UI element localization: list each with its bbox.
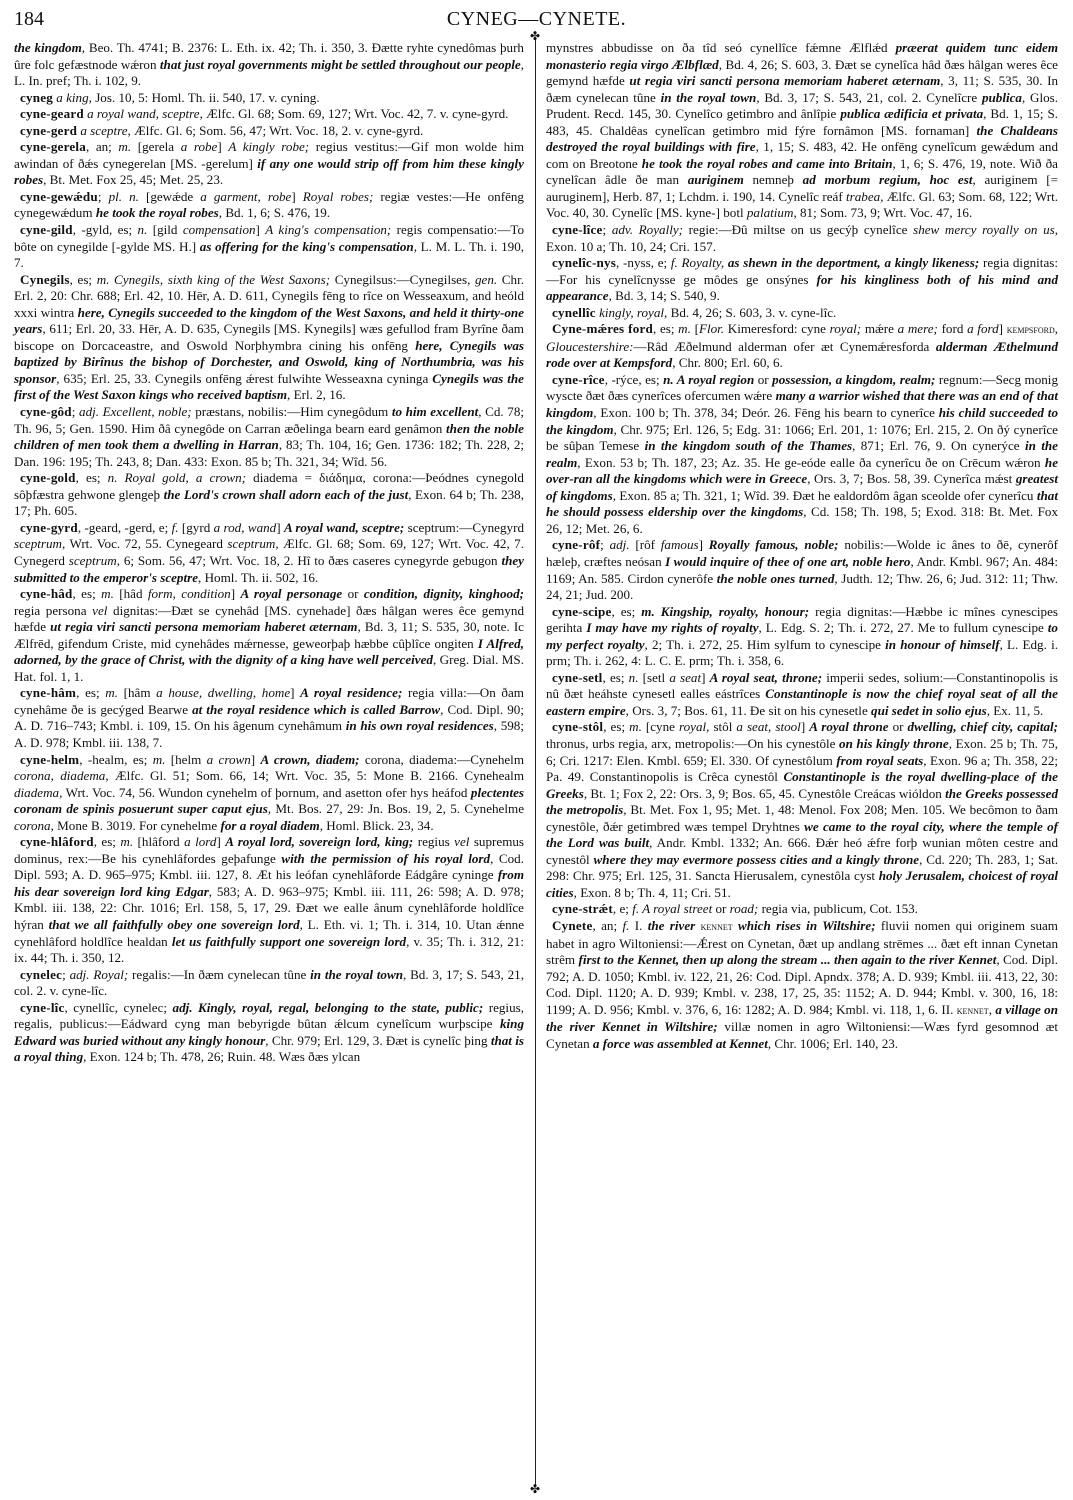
dictionary-entry: cyne-hâd, es; m. [hâd form, condition] A… [14,586,524,685]
entry-text: , Ex. 11, 5. [987,703,1044,718]
dictionary-entry: cyneg a king, Jos. 10, 5: Homl. Th. ii. … [14,90,524,107]
entry-text: , Mt. Bos. 27, 29: Jn. Bos. 19, 2, 5. Cy… [268,801,524,816]
entry-text: , Bt. 1; Fox 2, 22: Ors. 3, 9; Bos. 65, … [584,786,945,801]
entry-gloss: f. [172,520,179,535]
entry-gloss: kempsford [1007,324,1055,336]
entry-gloss: to him excellent [392,404,478,419]
dictionary-entry: cyne-gold, es; n. Royal gold, a crown; d… [14,470,524,520]
entry-gloss: corona [14,818,51,833]
dictionary-entry: Cynegils, es; m. Cynegils, sixth king of… [14,272,524,404]
entry-gloss: ut regia viri sancti persona memoriam ha… [629,73,940,88]
entry-text: ] [276,520,284,535]
entry-text: or [712,901,729,916]
entry-gloss: publica [982,90,1022,105]
entry-gloss: on his kingly throne [839,736,949,751]
entry-text: , es; [94,834,121,849]
entry-text: sceptrum:—Cynegyrd [404,520,524,535]
entry-text: [rôf [630,537,661,552]
dictionary-entry: cyne-setl, es; n. [setl a seat] A royal … [546,670,1058,720]
entry-text: , es; [73,586,102,601]
entry-text: , 81; Som. 73, 9; Wrt. Voc. 47, 16. [793,205,972,220]
entry-text: , L. Edg. S. 2; Th. i. 272, 27. Me to fu… [759,620,1048,635]
entry-gloss: famous [661,537,699,552]
entry-text: , [1055,321,1058,336]
dictionary-entry: cyne-scipe, es; m. Kingship, royalty, ho… [546,604,1058,670]
entry-gloss: A royal throne [809,719,888,734]
entry-text: , an; [592,918,622,933]
entry-text: ; [600,537,609,552]
entry-gloss: that just royal governments might be set… [160,57,521,72]
entry-gloss: Gloucestershire: [546,339,634,354]
entry-gloss: dwelling, chief city, capital; [908,719,1058,734]
entry-gloss: m. Cynegils, sixth king of the West Saxo… [97,272,330,287]
dictionary-entry: cyne-stôl, es; m. [cyne royal, stôl a se… [546,719,1058,901]
entry-gloss: a seat, stool [736,719,800,734]
entry-gloss: a crown [207,752,251,767]
entry-headword: cyne-hlâford [20,834,94,849]
entry-gloss: as shewn in the deportment, a kingly lik… [728,255,979,270]
entry-headword: cyne-gôd [20,404,72,419]
entry-headword: cyne-scipe [552,604,611,619]
entry-text: , -nyss, e; [616,255,671,270]
entry-gloss: A kingly robe; [228,139,309,154]
entry-headword: Cyne-mǽres ford [552,321,653,336]
entry-gloss: m. [120,834,133,849]
entry-text: , es; [76,685,105,700]
entry-gloss: first to the Kennet, then up along the s… [578,952,996,967]
entry-gloss: royal, [679,719,709,734]
entry-text: [gerela [131,139,181,154]
entry-text: Cynegilsus:—Cynegilses, [330,272,475,287]
entry-text: stôl [709,719,736,734]
entry-gloss: adj. Royal; [70,967,129,982]
dictionary-entry: cyne-gerd a sceptre, Ælfc. Gl. 6; Som. 5… [14,123,524,140]
entry-text: , 6; Som. 56, 47; Wrt. Voc. 18, 2. Hî to… [117,553,502,568]
column-divider [535,40,536,1485]
entry-gloss: kennet [957,1005,989,1017]
entry-gloss: a king [56,90,88,105]
entry-text: , Jos. 10, 5: Homl. Th. ii. 540, 17. v. … [89,90,320,105]
entry-text: , Ælfc. Gl. 68; Som. 69, 127; Wrt. Voc. … [200,106,509,121]
entry-text: ; [603,222,612,237]
entry-gloss: a sceptre [80,123,127,138]
entry-text: ] [290,685,300,700]
entry-text: , Ælfc. Gl. 6; Som. 56, 47; Wrt. Voc. 18… [128,123,424,138]
entry-gloss: he took the royal robes [96,205,219,220]
entry-gloss: m. [153,752,166,767]
entry-gloss: m. [118,139,131,154]
entry-gloss: sceptrum [227,536,275,551]
entry-text: , Bt. Met. Fox 25, 45; Met. 25, 23. [43,172,223,187]
entry-text: regius [413,834,454,849]
entry-gloss: n. [629,670,639,685]
entry-text: ] [801,719,809,734]
entry-text: mynstres abbudisse on ða tîd seó cynellî… [546,40,896,55]
entry-gloss: corona, diadema [14,768,105,783]
entry-gloss: I would inquire of thee of one art, nobl… [665,554,910,569]
entry-gloss: f. Royalty, [671,255,724,270]
entry-gloss: pl. n. [109,189,139,204]
entry-gloss: that we all faithfully obey one sovereig… [49,917,300,932]
entry-headword: cynelîc-nys [552,255,616,270]
entry-gloss: a force was assembled at Kennet [593,1036,768,1051]
entry-headword: cyne-gewǽdu [20,189,98,204]
entry-text: , Exon. 53 b; Th. 187, 23; Az. 35. He ge… [577,455,1045,470]
dictionary-entry: mynstres abbudisse on ða tîd seó cynellî… [546,40,1058,222]
entry-gloss: where they may evermore possess cities a… [594,852,920,867]
entry-gloss: m. Kingship, royalty, honour; [641,604,809,619]
entry-gloss: n. A royal region [663,372,754,387]
entry-headword: cynellîc [552,305,596,320]
entry-gloss: f. A royal street [632,901,712,916]
entry-gloss: a seat [669,670,701,685]
entry-gloss: the river [648,918,696,933]
dictionary-entry: cyne-geard a royal wand, sceptre, Ælfc. … [14,106,524,123]
entry-text: , Mone B. 3019. For cynehelme [51,818,221,833]
entry-gloss: publica ædificia et privata [840,106,983,121]
entry-text: , Homl. Blick. 23, 34. [320,818,434,833]
entry-text: , Exon. 8 b; Th. 4, 11; Cri. 51. [574,885,731,900]
entry-gloss: he took the royal robes and came into Br… [642,156,893,171]
entry-text: —Râd Æðelmund alderman ofer æt Cynemǽres… [634,339,936,354]
entry-text: regia via, publicum, Cot. 153. [758,901,918,916]
entry-gloss: from royal seats [836,753,923,768]
dictionary-entry: cyne-gewǽdu; pl. n. [gewǽde a garment, r… [14,189,524,222]
entry-text: , -healm, es; [79,752,152,767]
entry-gloss: a ford [967,321,999,336]
entry-headword: cyne-stôl [552,719,603,734]
entry-text: , Bd. 3, 14; S. 540, 9. [609,288,720,303]
entry-text: , Ælfc. Gl. 51; Som. 66, 14; Wrt. Voc. 3… [105,768,524,783]
entry-text: , an; [86,139,118,154]
entry-gloss: A royal seat, throne; [710,670,822,685]
entry-text: ] [701,670,710,685]
running-head: CYNEG—CYNETE. [14,8,1059,31]
entry-gloss: with the permission of his royal lord [281,851,490,866]
entry-gloss: m. [678,321,691,336]
entry-headword: cyne-helm [20,752,79,767]
entry-text: [setl [638,670,669,685]
entry-headword: Cynete [552,918,592,933]
entry-gloss: possession, a kingdom, realm; [772,372,935,387]
dictionary-entry: cyne-gild, -gyld, es; n. [gild compensat… [14,222,524,272]
entry-text: ] [216,834,225,849]
entry-gloss: m. [105,685,118,700]
entry-headword: cyne-gold [20,470,76,485]
entry-text: , Bd. 3, 17; S. 543, 21, col. 2. Cynelîc… [756,90,982,105]
entry-gloss: Royal robes; [303,189,374,204]
dictionary-entry: cyne-rîce, -rýce, es; n. A royal region … [546,372,1058,537]
entry-text: ] [291,189,302,204]
entry-gloss: adj. [610,537,630,552]
entry-gloss: in his own royal residences [346,718,494,733]
entry-headword: cyne-gerd [20,123,77,138]
dictionary-entry: cyne-gyrd, -geard, -gerd, e; f. [gyrd a … [14,520,524,586]
entry-text: regalis:—In ðæm cynelecan tûne [128,967,310,982]
entry-text: , Wrt. Voc. 72, 55. Cynegeard [62,536,227,551]
dictionary-entry: cynelec; adj. Royal; regalis:—In ðæm cyn… [14,967,524,1000]
entry-gloss: vel [92,603,107,618]
entry-headword: cyne-hâd [20,586,73,601]
dictionary-entry: Cynete, an; f. I. the river kennet which… [546,918,1058,1052]
entry-text: , es; [76,470,108,485]
entry-text: ] [217,139,228,154]
entry-text: ford [938,321,967,336]
entry-gloss: m. [101,586,114,601]
entry-text: , Chr. 979; Erl. 129, 3. Ðæt is cynelîc … [265,1033,491,1048]
entry-text: , Ors. 3, 7; Bos. 58, 39. Cynerîca mǽst [807,471,1016,486]
dictionary-entry: cynellîc kingly, royal, Bd. 4, 26; S. 60… [546,305,1058,322]
entry-gloss: a house, dwelling, home [156,685,290,700]
entry-text: , Bd. 1, 6; S. 476, 19. [219,205,330,220]
entry-gloss: qui sedet in solio ejus [871,703,987,718]
entry-gloss: A crown, diadem; [260,752,359,767]
entry-gloss: A royal personage [240,586,342,601]
entry-text: , Exon. 100 b; Th. 378, 34; Deór. 26. Fē… [593,405,938,420]
entry-gloss: A royal lord, sovereign lord, king; [225,834,413,849]
entry-gloss: for a royal diadem [220,818,319,833]
entry-gloss: kingly, royal [599,305,664,320]
entry-text: præstans, nobilis:—Him cynegôdum [192,404,392,419]
entry-text: [ [691,321,699,336]
entry-gloss: n. [138,222,148,237]
entry-headword: cyne-lîce [552,222,603,237]
entry-gloss: Flor. [699,321,724,336]
entry-gloss: in the royal town [661,90,757,105]
entry-text: , Ors. 3, 7; Bos. 61, 11. Ðe sit on his … [626,703,871,718]
entry-gloss: vel [454,834,469,849]
entry-text: nemneþ [744,172,803,187]
entry-gloss: in honour of himself [885,637,999,652]
entry-text: , es; [603,719,629,734]
entry-text: [gild [147,222,182,237]
entry-gloss: I may have my rights of royalty [586,620,758,635]
entry-gloss: sceptrum [69,553,117,568]
entry-gloss: kennet [701,921,733,933]
entry-text: ; [62,967,69,982]
entry-gloss: auriginem [688,172,744,187]
entry-gloss: a garment, robe [200,189,291,204]
entry-text: ] [699,537,709,552]
entry-text: , cynellîc, cynelec; [65,1000,173,1015]
entry-text: , e; [613,901,632,916]
entry-gloss: let us faithfully support one sovereign … [172,934,406,949]
entry-text: , Exon. 124 b; Th. 478, 26; Ruin. 48. Wæ… [83,1049,360,1064]
entry-gloss: the noble ones turned [717,571,835,586]
entry-text: , Chr. 1006; Erl. 140, 23. [768,1036,898,1051]
entry-gloss: adv. Royally; [612,222,683,237]
entry-headword: cyne-gyrd [20,520,78,535]
entry-text: I. [629,918,647,933]
entry-text: regie:—Ðû miltse on us gecýþ cynelîce [683,222,913,237]
entry-text: , -rýce, es; [605,372,663,387]
entry-text: Kimeresford: cyne [724,321,830,336]
entry-text: ] [999,321,1007,336]
entry-gloss: a lord [184,834,216,849]
entry-text: , es; [653,321,678,336]
entry-text: [helm [165,752,206,767]
dictionary-entry: cynelîc-nys, -nyss, e; f. Royalty, as sh… [546,255,1058,305]
entry-gloss: gen. [475,272,497,287]
entry-text: , 871; Erl. 76, 9. On cynerýce [852,438,1025,453]
entry-gloss: shew mercy royally on us [913,222,1055,237]
entry-gloss: n. Royal gold, a crown; [108,470,246,485]
entry-text: mǽre [861,321,897,336]
entry-headword: cyne-strǽt [552,901,613,916]
entry-gloss: a royal wand, sceptre [87,106,200,121]
entry-gloss: a mere; [898,321,938,336]
entry-headword: cyne-rôf [552,537,600,552]
entry-gloss: compensation [183,222,256,237]
entry-text: corona, diadema:—Cynehelm [360,752,524,767]
entry-gloss: ut regia viri sancti persona memoriam ha… [50,619,357,634]
entry-text: , Homl. Th. ii. 502, 16. [198,570,318,585]
entry-headword: cyne-gerela [20,139,86,154]
entry-gloss: A royal wand, sceptre; [284,520,404,535]
entry-gloss: adj. Excellent, noble; [79,404,192,419]
entry-text: , Bd. 4, 26; S. 603, 3. v. cyne-lîc. [664,305,836,320]
dictionary-entry: Cyne-mǽres ford, es; m. [Flor. Kimeresfo… [546,321,1058,372]
entry-text: , Exon. 85 a; Th. 321, 1; Wîd. 39. Ðæt h… [613,488,1037,503]
entry-text: or [754,372,772,387]
entry-text: , Erl. 2, 16. [287,387,346,402]
entry-gloss: which rises in Wiltshire; [738,918,876,933]
entry-text: or [342,586,364,601]
entry-headword: cyne-rîce [552,372,605,387]
entry-gloss: adj. Kingly, royal, regal, belonging to … [173,1000,484,1015]
entry-text: , 635; Erl. 25, 33. Cynegils onfēng ǽres… [56,371,432,386]
entry-text: [gewǽde [139,189,200,204]
entry-gloss: palatium [747,205,794,220]
entry-gloss: the kingdom [14,40,82,55]
entry-text: thronus, urbs regia, arx, metropolis:—On… [546,736,839,751]
left-column: the kingdom, Beo. Th. 4741; B. 2376: L. … [14,40,524,1066]
dictionary-entry: the kingdom, Beo. Th. 4741; B. 2376: L. … [14,40,524,90]
dictionary-entry: cyne-helm, -healm, es; m. [helm a crown]… [14,752,524,835]
entry-headword: cyne-gild [20,222,73,237]
entry-gloss: in the kingdom south of the Thames [645,438,853,453]
dictionary-entry: cyne-rôf; adj. [rôf famous] Royally famo… [546,537,1058,603]
entry-headword: cynelec [20,967,62,982]
entry-gloss: diadema [14,785,59,800]
dictionary-entry: cyne-lîce; adv. Royally; regie:—Ðû milts… [546,222,1058,255]
entry-headword: cyne-geard [20,106,84,121]
entry-headword: cyne-hâm [20,685,76,700]
entry-gloss: m. [629,719,642,734]
entry-text: , -gyld, es; [73,222,138,237]
entry-text: , es; [70,272,97,287]
dictionary-entry: cyne-lîc, cynellîc, cynelec; adj. Kingly… [14,1000,524,1066]
entry-text: , 2; Th. i. 272, 25. Him sylfum to cynes… [645,637,886,652]
entry-headword: cyneg [20,90,53,105]
entry-text: regia persona [14,603,92,618]
entry-text: , -geard, -gerd, e; [78,520,172,535]
entry-text: [cyne [642,719,679,734]
entry-text: , Wrt. Voc. 74, 56. Wundon cynehelm of þ… [59,785,471,800]
entry-gloss: the Lord's crown shall adorn each of the… [164,487,409,502]
entry-text: ; [72,404,79,419]
entry-headword: Cynegils [20,272,70,287]
right-column: mynstres abbudisse on ða tîd seó cynellî… [546,40,1058,1052]
entry-text: [gyrd [179,520,214,535]
entry-text: ; [98,189,109,204]
dictionary-entry: cyne-strǽt, e; f. A royal street or road… [546,901,1058,918]
entry-text: ] [256,222,266,237]
entry-gloss: as offering for the king's compensation [200,239,414,254]
entry-gloss: at the royal residence which is called B… [192,702,440,717]
entry-gloss: ad morbum regium, hoc est [803,172,973,187]
entry-text: [hlâford [133,834,184,849]
entry-text: , es; [603,670,629,685]
dictionary-entry: cyne-hâm, es; m. [hâm a house, dwelling,… [14,685,524,751]
entry-gloss: sceptrum [14,536,62,551]
dictionary-entry: cyne-gôd; adj. Excellent, noble; præstan… [14,404,524,470]
entry-text: [hâm [118,685,156,700]
entry-gloss: road; [730,901,759,916]
dictionary-entry: cyne-hlâford, es; m. [hlâford a lord] A … [14,834,524,966]
entry-gloss: A royal residence; [300,685,402,700]
entry-gloss: Royally famous, noble; [709,537,839,552]
entry-gloss: in the royal town [310,967,403,982]
entry-gloss: a rod, wand [214,520,277,535]
entry-headword: cyne-lîc [20,1000,65,1015]
entry-headword: cyne-setl [552,670,603,685]
entry-gloss: form, condition [148,586,231,601]
entry-gloss: trabea [846,189,880,204]
entry-text: or [889,719,908,734]
entry-gloss: a robe [181,139,218,154]
entry-gloss: A king's compensation; [265,222,391,237]
entry-text: [hâd [114,586,148,601]
dictionary-entry: cyne-gerela, an; m. [gerela a robe] A ki… [14,139,524,189]
entry-gloss: condition, dignity, kinghood; [364,586,524,601]
entry-gloss: royal; [830,321,862,336]
entry-text: , Chr. 800; Erl. 60, 6. [672,355,783,370]
ornament-bottom-icon: ✤ [530,1483,540,1495]
entry-text: , es; [611,604,641,619]
